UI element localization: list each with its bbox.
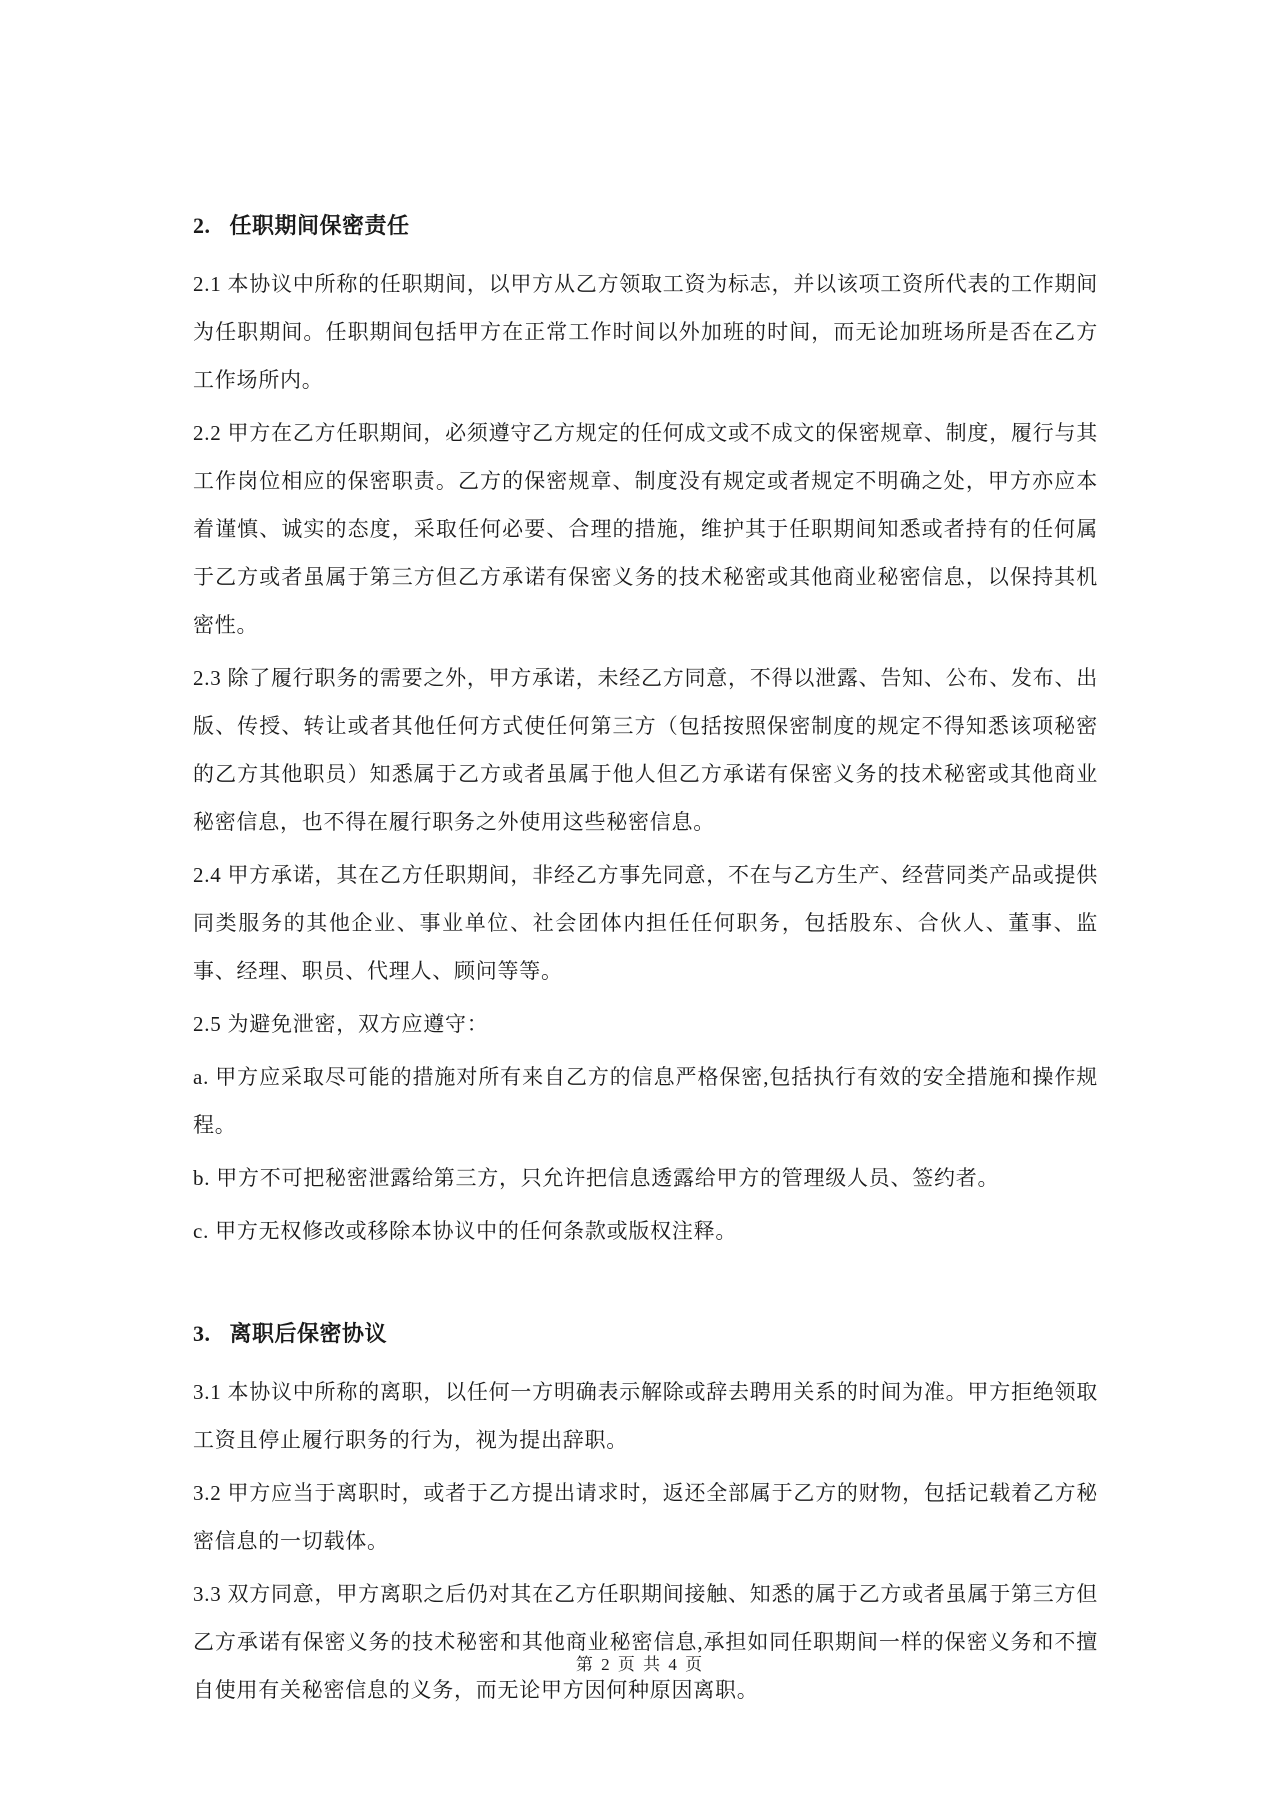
clause-2-5-item-a: a. 甲方应采取尽可能的措施对所有来自乙方的信息严格保密,包括执行有效的安全措施… — [193, 1053, 1098, 1149]
section-2-heading-title: 任职期间保密责任 — [230, 213, 410, 238]
clause-2-5-item-b: b. 甲方不可把秘密泄露给第三方，只允许把信息透露给甲方的管理级人员、签约者。 — [193, 1154, 1098, 1202]
section-2-heading-number: 2. — [193, 213, 211, 238]
clause-2-1: 2.1 本协议中所称的任职期间，以甲方从乙方领取工资为标志，并以该项工资所代表的… — [193, 260, 1098, 404]
clause-2-5: 2.5 为避免泄密，双方应遵守： — [193, 1000, 1098, 1048]
clause-2-3: 2.3 除了履行职务的需要之外，甲方承诺，未经乙方同意，不得以泄露、告知、公布、… — [193, 654, 1098, 846]
section-3-heading-number: 3. — [193, 1321, 211, 1346]
document-page: 2.任职期间保密责任 2.1 本协议中所称的任职期间，以甲方从乙方领取工资为标志… — [0, 0, 1280, 1810]
clause-3-2: 3.2 甲方应当于离职时，或者于乙方提出请求时，返还全部属于乙方的财物，包括记载… — [193, 1469, 1098, 1565]
section-3-heading: 3.离职后保密协议 — [193, 1310, 1098, 1358]
section-2-heading: 2.任职期间保密责任 — [193, 202, 1098, 250]
page-footer: 第 2 页 共 4 页 — [0, 1652, 1280, 1678]
section-employment-confidentiality: 2.任职期间保密责任 2.1 本协议中所称的任职期间，以甲方从乙方领取工资为标志… — [193, 202, 1098, 1255]
clause-2-4: 2.4 甲方承诺，其在乙方任职期间，非经乙方事先同意，不在与乙方生产、经营同类产… — [193, 851, 1098, 995]
page-number-label: 第 2 页 共 4 页 — [576, 1655, 704, 1674]
document-content: 2.任职期间保密责任 2.1 本协议中所称的任职期间，以甲方从乙方领取工资为标志… — [193, 202, 1098, 1719]
clause-3-3: 3.3 双方同意，甲方离职之后仍对其在乙方任职期间接触、知悉的属于乙方或者虽属于… — [193, 1570, 1098, 1714]
clause-2-5-item-c: c. 甲方无权修改或移除本协议中的任何条款或版权注释。 — [193, 1207, 1098, 1255]
clause-2-2: 2.2 甲方在乙方任职期间，必须遵守乙方规定的任何成文或不成文的保密规章、制度，… — [193, 409, 1098, 649]
section-3-heading-title: 离职后保密协议 — [230, 1321, 388, 1346]
clause-3-1: 3.1 本协议中所称的离职，以任何一方明确表示解除或辞去聘用关系的时间为准。甲方… — [193, 1368, 1098, 1464]
